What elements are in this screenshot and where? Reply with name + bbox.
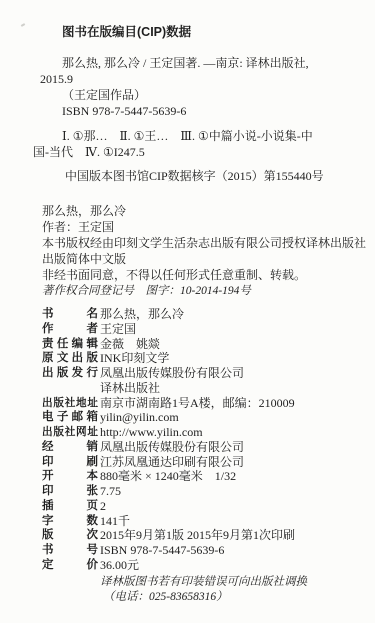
table-row: 印张7.75 xyxy=(42,484,362,499)
pub-info-label: 版次 xyxy=(42,528,98,543)
cip-series: （王定国作品） xyxy=(62,88,146,103)
pub-info-label: 经销 xyxy=(42,440,98,455)
table-row: 插页2 xyxy=(42,499,362,514)
pub-info-value: INK印刻文学 xyxy=(100,351,169,365)
cip-heading: 图书在版编目(CIP)数据 xyxy=(62,25,191,40)
publisher-phone: （电话：025-83658316） xyxy=(103,588,228,604)
table-row: 出版发行凤凰出版传媒股份有限公司 xyxy=(42,366,362,381)
table-row: 字数141千 xyxy=(42,514,362,529)
pub-info-value: ISBN 978-7-5447-5639-6 xyxy=(100,543,224,557)
misprint-exchange-note: 译林版图书若有印装错误可向出版社调换 xyxy=(100,573,307,589)
pub-info-value: 那么热，那么冷 xyxy=(100,307,184,321)
pub-info-value: 金薇 姚燚 xyxy=(100,337,160,351)
table-row: 印刷江苏凤凰通达印刷有限公司 xyxy=(42,455,362,470)
book-author: 作者：王定国 xyxy=(42,220,114,235)
table-row: 电子邮箱yilin@yilin.com xyxy=(42,410,362,425)
license-line-1: 本书版权经由印刻文学生活杂志出版有限公司授权译林出版社 xyxy=(42,236,366,251)
cip-entry-line-1: 那么热, 那么冷 / 王定国著. —南京: 译林出版社, xyxy=(62,56,309,71)
table-row: 译林出版社 xyxy=(42,381,362,396)
pub-info-value: 译林出版社 xyxy=(100,381,160,395)
publication-info-table: 书名那么热，那么冷 作者王定国 责任编辑金薇 姚燚 原文出版INK印刻文学 出版… xyxy=(42,307,362,573)
pub-info-value: 江苏凤凰通达印刷有限公司 xyxy=(100,455,244,469)
pub-info-label: 作者 xyxy=(42,322,98,337)
pub-info-value: 36.00元 xyxy=(100,558,139,572)
cip-classification-line-2: 国-当代 Ⅳ. ①I247.5 xyxy=(33,145,145,160)
pub-info-value: 880毫米 × 1240毫米 1/32 xyxy=(100,469,236,483)
pub-info-label: 出版社网址 xyxy=(42,425,98,440)
pub-info-value: 141千 xyxy=(100,514,130,528)
book-copyright-page: 图书在版编目(CIP)数据 那么热, 那么冷 / 王定国著. —南京: 译林出版… xyxy=(0,0,375,623)
pub-info-label: 书号 xyxy=(42,543,98,558)
table-row: 书名那么热，那么冷 xyxy=(42,307,362,322)
cip-entry-line-2: 2015.9 xyxy=(40,72,73,87)
pub-info-label: 出版发行 xyxy=(42,366,98,381)
table-row: 出版社网址http://www.yilin.com xyxy=(42,425,362,440)
table-row: 书号ISBN 978-7-5447-5639-6 xyxy=(42,543,362,558)
table-row: 原文出版INK印刻文学 xyxy=(42,351,362,366)
pub-info-value: 凤凰出版传媒股份有限公司 xyxy=(100,440,244,454)
pub-info-label: 出版社地址 xyxy=(42,396,98,411)
pub-info-label: 印刷 xyxy=(42,455,98,470)
pub-info-label: 开本 xyxy=(42,469,98,484)
license-line-2: 出版简体中文版 xyxy=(42,252,126,267)
restriction-notice: 非经书面同意，不得以任何形式任意重制、转载。 xyxy=(42,268,306,283)
pub-info-label: 字数 xyxy=(42,514,98,529)
table-row: 作者王定国 xyxy=(42,322,362,337)
pub-info-value: 2 xyxy=(100,499,106,513)
pub-info-value: 2015年9月第1版 2015年9月第1次印刷 xyxy=(100,528,295,542)
pub-info-label: 电子邮箱 xyxy=(42,410,98,425)
pub-info-value: 南京市湖南路1号A楼，邮编：210009 xyxy=(100,396,295,410)
pub-info-label: 原文出版 xyxy=(42,351,98,366)
table-row: 开本880毫米 × 1240毫米 1/32 xyxy=(42,469,362,484)
pub-info-label: 插页 xyxy=(42,499,98,514)
cip-classification-line-1: Ⅰ. ①那… Ⅱ. ①王… Ⅲ. ①中篇小说-小说集-中 xyxy=(62,129,313,144)
pub-info-label: 书名 xyxy=(42,307,98,322)
pub-info-value: 凤凰出版传媒股份有限公司 xyxy=(100,366,244,380)
scan-speck xyxy=(21,23,25,27)
table-row: 出版社地址南京市湖南路1号A楼，邮编：210009 xyxy=(42,396,362,411)
book-title: 那么热，那么冷 xyxy=(42,204,126,219)
table-row: 定价36.00元 xyxy=(42,558,362,573)
cip-registry-number: 中国版本图书馆CIP数据核字（2015）第155440号 xyxy=(65,169,324,184)
table-row: 版次2015年9月第1版 2015年9月第1次印刷 xyxy=(42,528,362,543)
table-row: 经销凤凰出版传媒股份有限公司 xyxy=(42,440,362,455)
pub-info-label: 定价 xyxy=(42,558,98,573)
copyright-registration-number: 著作权合同登记号 图字：10-2014-194号 xyxy=(42,284,251,299)
pub-info-value: yilin@yilin.com xyxy=(100,410,179,424)
cip-isbn: ISBN 978-7-5447-5639-6 xyxy=(62,104,186,119)
pub-info-value: http://www.yilin.com xyxy=(100,425,203,439)
pub-info-value: 7.75 xyxy=(100,484,121,498)
pub-info-label: 印张 xyxy=(42,484,98,499)
table-row: 责任编辑金薇 姚燚 xyxy=(42,337,362,352)
pub-info-value: 王定国 xyxy=(100,322,136,336)
pub-info-label: 责任编辑 xyxy=(42,337,98,352)
